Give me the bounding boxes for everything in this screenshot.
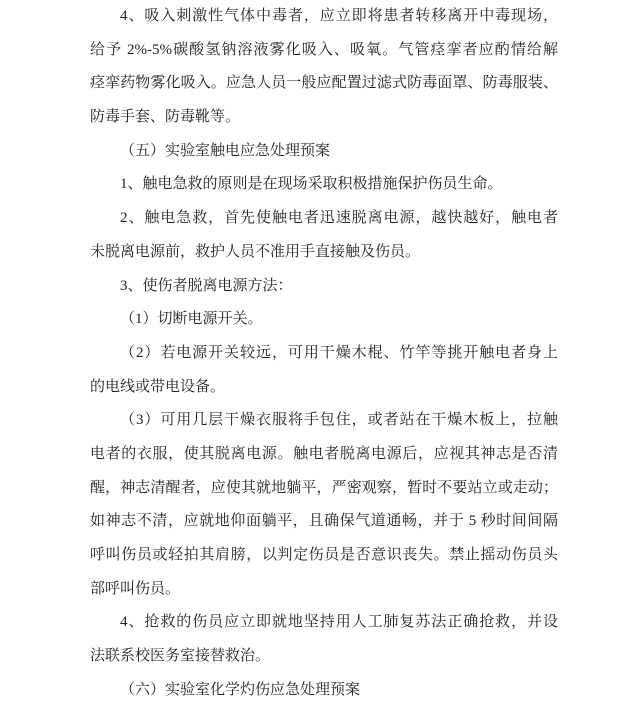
item-3-methods-heading: 3、使伤者脱离电源方法：: [90, 270, 558, 304]
method-2-use-dry-stick: （2）若电源开关较远，可用干燥木棍、竹竿等挑开触电者身上的电线或带电设备。: [90, 337, 558, 404]
text-line: 的电线或带电设备。: [90, 371, 558, 405]
text-line: 4、抢救的伤员应立即就地坚持用人工肺复苏法正确抢救，并设: [90, 606, 558, 640]
document-page: 4、吸入刺激性气体中毒者，应立即将患者转移离开中毒现场，给予 2%-5%碳酸氢钠…: [0, 0, 643, 709]
text-line: （五）实验室触电应急处理预案: [90, 135, 558, 169]
text-line: 电者的衣服，使其脱离电源。触电者脱离电源后，应视其神志是否清: [90, 438, 558, 472]
text-line: 给予 2%-5%碳酸氢钠溶液雾化吸入、吸氧。气管痉挛者应酌情给解: [90, 34, 558, 68]
text-line: （六）实验室化学灼伤应急处理预案: [90, 674, 558, 708]
text-line: 1、触电急救的原则是在现场采取积极措施保护伤员生命。: [90, 168, 558, 202]
item-4-cpr-and-clinic: 4、抢救的伤员应立即就地坚持用人工肺复苏法正确抢救，并设法联系校医务室接替救治。: [90, 606, 558, 673]
text-line: 如神志不清，应就地仰面躺平，且确保气道通畅，并于 5 秒时间间隔: [90, 505, 558, 539]
text-line: 防毒手套、防毒靴等。: [90, 101, 558, 135]
text-line: 未脱离电源前，救护人员不准用手直接触及伤员。: [90, 236, 558, 270]
item-4-gas-inhalation-treatment: 4、吸入刺激性气体中毒者，应立即将患者转移离开中毒现场，给予 2%-5%碳酸氢钠…: [90, 0, 558, 135]
text-line: 3、使伤者脱离电源方法：: [90, 270, 558, 304]
item-2-disconnect-power-first: 2、触电急救，首先使触电者迅速脱离电源，越快越好，触电者未脱离电源前，救护人员不…: [90, 202, 558, 269]
text-line: 痉挛药物雾化吸入。应急人员一般应配置过滤式防毒面罩、防毒服装、: [90, 67, 558, 101]
method-1-cut-power-switch: （1）切断电源开关。: [90, 303, 558, 337]
document-body: 4、吸入刺激性气体中毒者，应立即将患者转移离开中毒现场，给予 2%-5%碳酸氢钠…: [90, 0, 558, 707]
heading-section-six-chemical-burn: （六）实验室化学灼伤应急处理预案: [90, 674, 558, 708]
text-line: 法联系校医务室接替救治。: [90, 640, 558, 674]
text-line: 部呼叫伤员。: [90, 573, 558, 607]
text-line: （3）可用几层干燥衣服将手包住，或者站在干燥木板上，拉触: [90, 404, 558, 438]
item-1-rescue-principle: 1、触电急救的原则是在现场采取积极措施保护伤员生命。: [90, 168, 558, 202]
text-line: 醒，神志清醒者，应使其就地躺平，严密观察，暂时不要站立或走动；: [90, 472, 558, 506]
method-3-dry-clothes-and-aftercare: （3）可用几层干燥衣服将手包住，或者站在干燥木板上，拉触电者的衣服，使其脱离电源…: [90, 404, 558, 606]
text-line: （1）切断电源开关。: [90, 303, 558, 337]
heading-section-five-electric-shock: （五）实验室触电应急处理预案: [90, 135, 558, 169]
text-line: 4、吸入刺激性气体中毒者，应立即将患者转移离开中毒现场，: [90, 0, 558, 34]
text-line: 2、触电急救，首先使触电者迅速脱离电源，越快越好，触电者: [90, 202, 558, 236]
text-line: 呼叫伤员或轻拍其肩膀，以判定伤员是否意识丧失。禁止摇动伤员头: [90, 539, 558, 573]
text-line: （2）若电源开关较远，可用干燥木棍、竹竿等挑开触电者身上: [90, 337, 558, 371]
